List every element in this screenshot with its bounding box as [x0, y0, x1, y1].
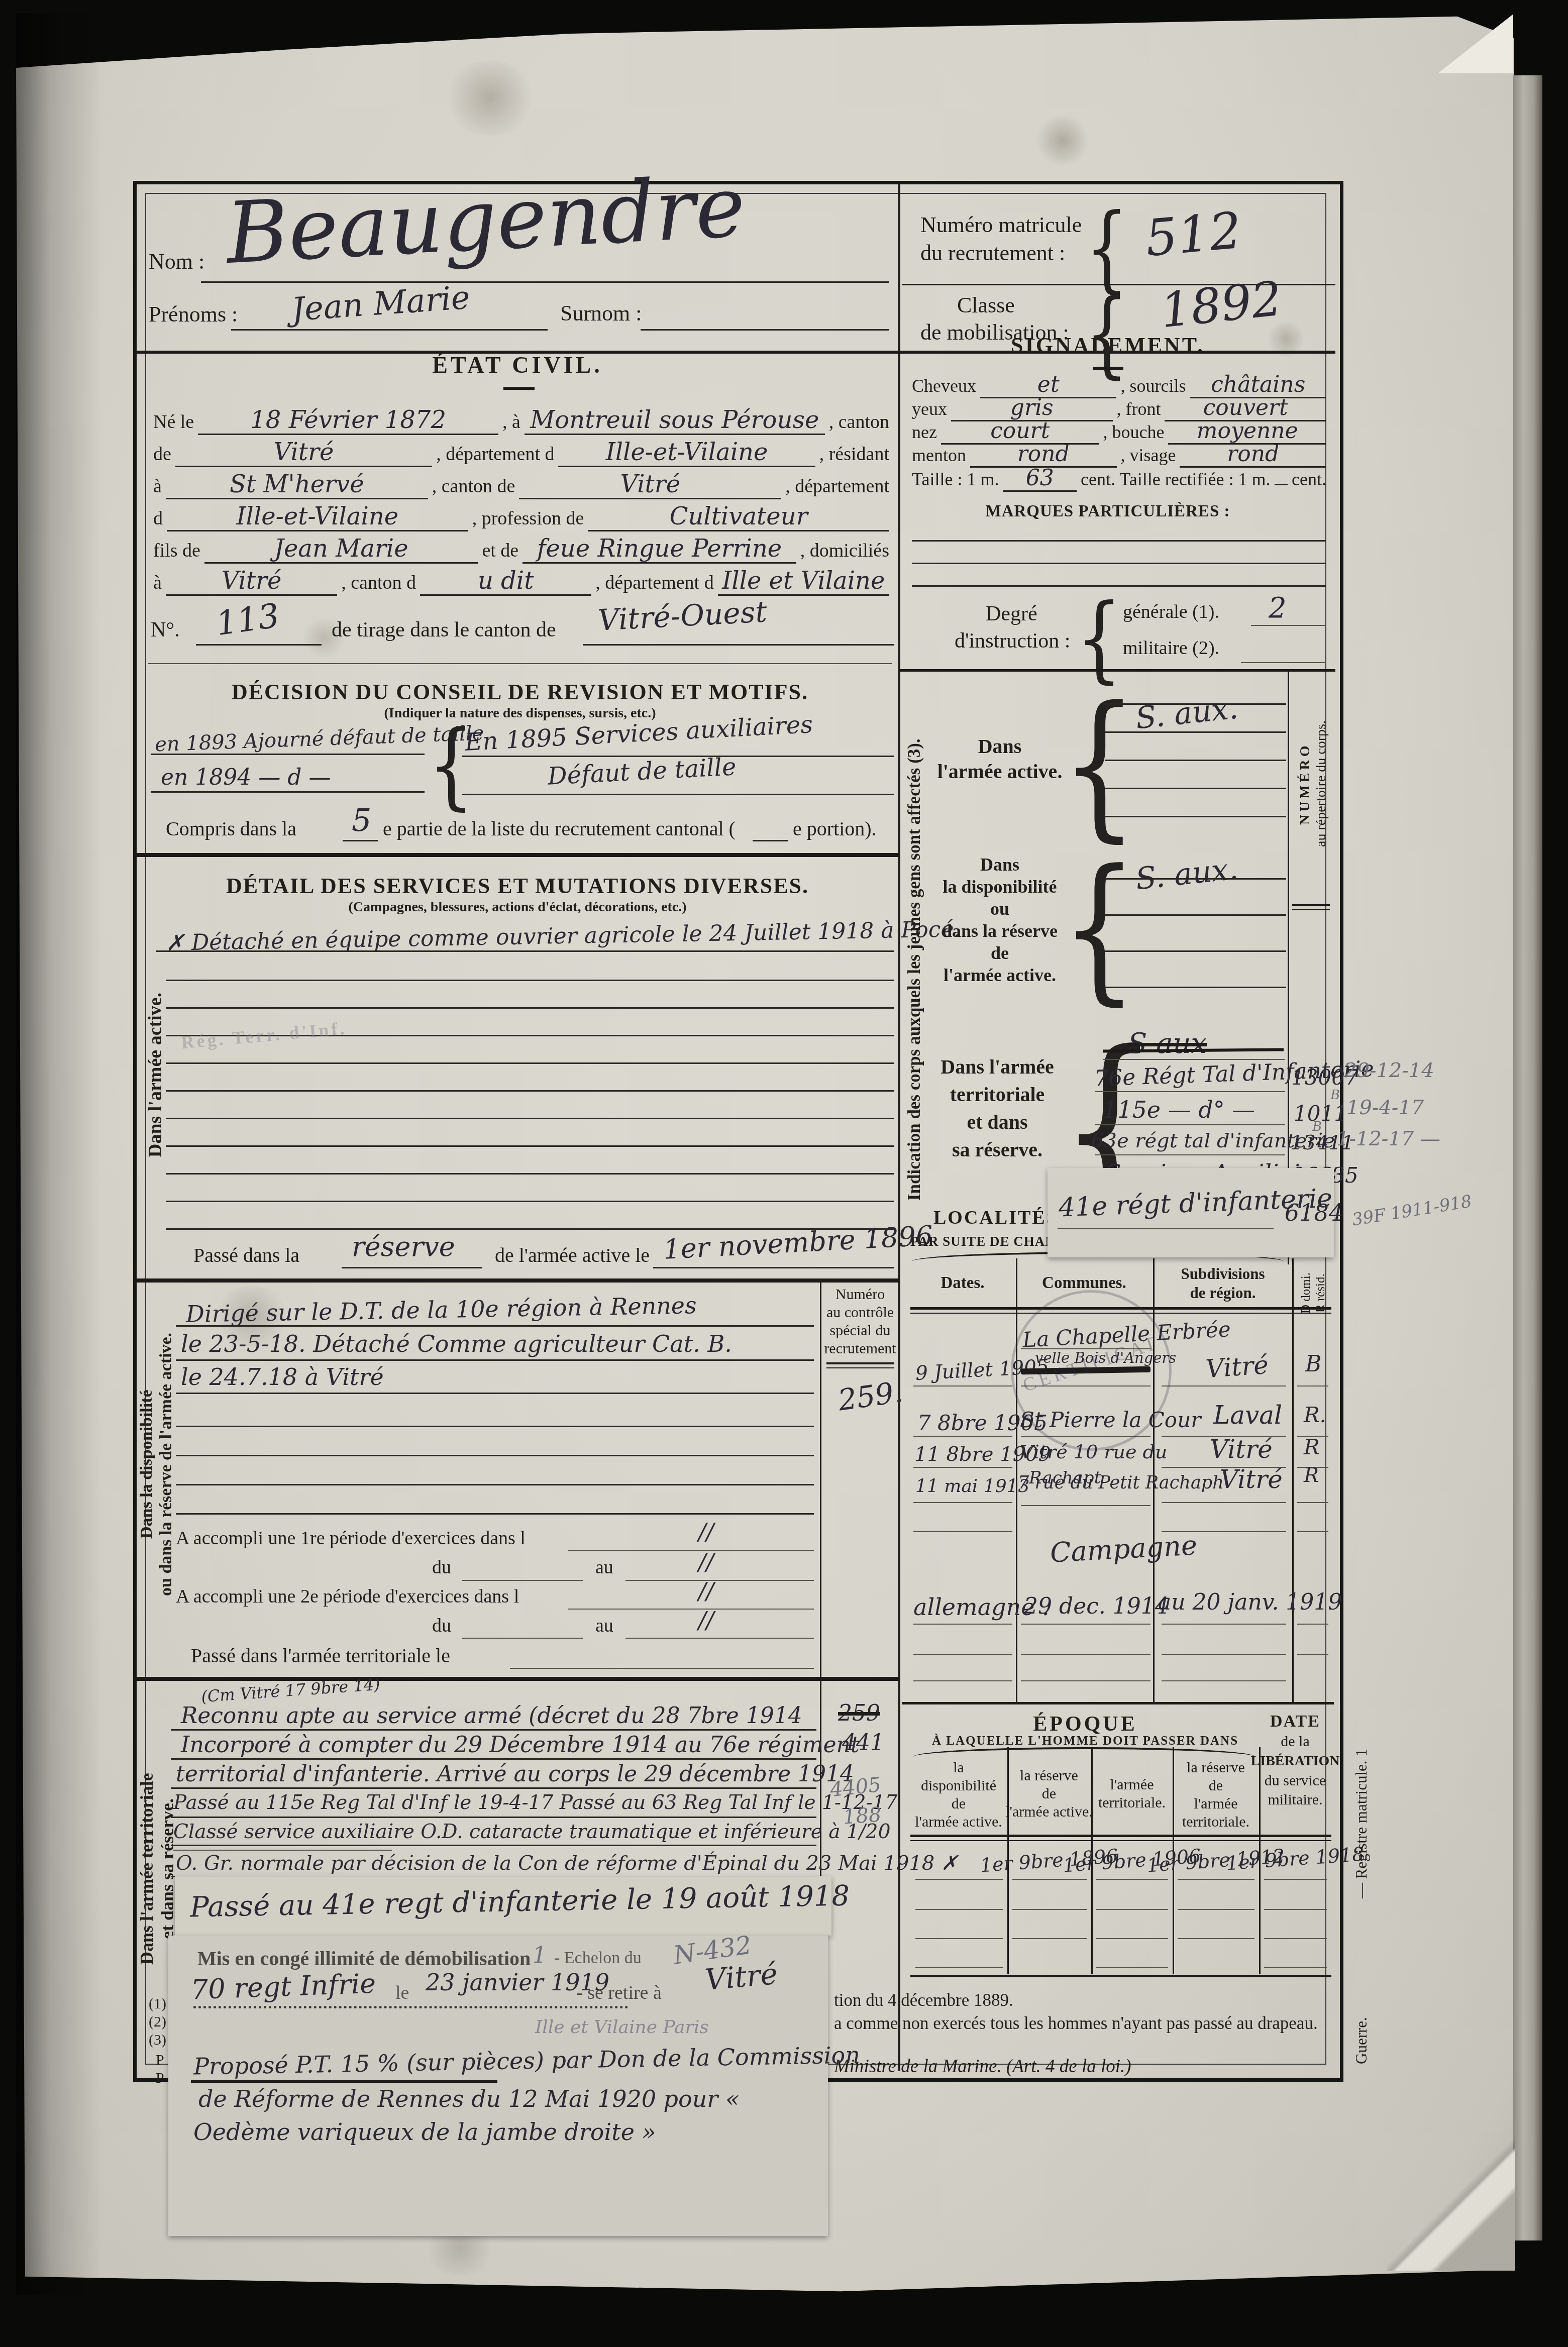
ep-b3-rule-3	[1096, 1967, 1168, 1968]
label: cent. Taille rectifiée : 1 m.	[1081, 469, 1271, 490]
terr-rule-4	[171, 1817, 816, 1818]
localites-row-4-sub: Vitré	[1220, 1465, 1283, 1494]
corps-row-0: S aux	[1128, 1027, 1207, 1060]
header-line: au répertoire du corps.	[1313, 676, 1329, 892]
camp2-rule-d	[1297, 1654, 1328, 1655]
ep-val-rule-3	[1096, 1879, 1168, 1880]
label: , résidant	[819, 443, 889, 465]
epoque-subtitle: À LAQUELLE L'HOMME DOIT PASSER DANS	[932, 1734, 1238, 1748]
r1-rule-a	[913, 1385, 1012, 1386]
blank-ruled-line	[166, 1090, 894, 1092]
value: Vitré	[175, 439, 432, 467]
demob-echelon-num: 1	[533, 1943, 547, 1968]
label: et de	[482, 540, 518, 562]
label: d	[153, 507, 163, 529]
terr-hw-2: Incorporé à compter du 29 Décembre 1914 …	[181, 1732, 860, 1758]
terr-rule-2	[171, 1758, 816, 1760]
column-divider	[898, 184, 900, 2071]
dispo-rule-1	[176, 1325, 814, 1327]
etat-civil-line-2: deVitré, département dIlle-et-Vilaine, r…	[153, 439, 889, 467]
footer-note-2: a comme non exercés tous les hommes n'ay…	[834, 2013, 1318, 2034]
etat-civil-dash	[503, 387, 535, 390]
dispo-hw-3: le 24.7.18 à Vitré	[181, 1363, 384, 1391]
corps-dispo-label-2: la disponibilité	[943, 876, 1057, 897]
terr-hw-6: O. Gr. normale par décision de la Con de…	[176, 1852, 958, 1875]
side-label-line: Dans l'armée territoriale	[137, 1693, 157, 2045]
demob-printed-label: Mis en congé illimité de démobilisation	[197, 1947, 531, 1970]
pasted-slip-41e-regiment: 41e régt d'infanterie 6184	[1048, 1168, 1334, 1257]
epoque-header-rule-a	[910, 1835, 1331, 1837]
blank-ruled-line	[912, 563, 1326, 564]
numero-double-rule-a	[1292, 904, 1330, 906]
demob-le: le	[395, 1982, 409, 2004]
r4-rule-c	[1162, 1502, 1286, 1503]
corps-terr-label-4: sa réserve.	[952, 1138, 1042, 1161]
controle-rule-b	[826, 1367, 894, 1368]
corps-dispo-label-3: ou	[990, 898, 1009, 919]
corps-row-2-sup: B	[1330, 1088, 1340, 1103]
marques-label: MARQUES PARTICULIÈRES :	[986, 502, 1230, 521]
passe-reserve-rule-1	[342, 1267, 482, 1268]
r1-rule-c	[1162, 1385, 1286, 1386]
matricule-value: 512	[1143, 201, 1243, 268]
epoque-c1-2: disponibilité	[921, 1777, 996, 1794]
epoque-header-rule-b	[910, 1840, 1331, 1841]
header-line: R résid.	[1314, 1262, 1328, 1325]
blank-ruled-line	[1105, 878, 1286, 880]
detail-hw-rule	[156, 950, 894, 952]
corps-active-label-2: l'armée active.	[937, 760, 1063, 783]
localites-bottom-rule	[902, 1702, 1334, 1704]
campagne-fin: au 20 janv. 1919	[1158, 1589, 1342, 1615]
side-label-indication-corps: Indication des corps auxquels les jeunes…	[904, 698, 924, 1241]
blank-ruled-line	[176, 1513, 814, 1515]
passe-reserve-rule-2	[653, 1267, 894, 1268]
terr-double-underline	[173, 1850, 392, 1851]
label: yeux	[912, 398, 947, 419]
value: Ille-et-Vilaine	[558, 439, 815, 467]
r4-rule-a	[913, 1502, 1012, 1503]
ep-val-rule-4	[1178, 1879, 1255, 1880]
epoque-c3-1: l'armée	[1110, 1776, 1154, 1793]
militaire-rule	[1241, 662, 1326, 663]
empty-rule-a	[913, 1531, 1012, 1532]
margin-registre-matricule: — Registre matricule. 1	[1352, 1673, 1371, 1974]
dispo-rule-2	[176, 1359, 814, 1361]
ep-b3-rule-5	[1264, 1967, 1327, 1968]
value: u dit	[420, 568, 591, 596]
corps-row-2-name: 115e — d° —	[1103, 1096, 1255, 1123]
terr-hw-1: Reconnu apte au service armé (décret du …	[181, 1703, 802, 1729]
camp-rule-d	[1297, 1624, 1328, 1625]
stamp-text: CERTIFICAT	[1020, 1331, 1163, 1396]
scanned-register-page: Nom : Beaugendre Prénoms : Jean Marie Su…	[0, 0, 1568, 2347]
corps-dispo-label-1: Dans	[980, 854, 1019, 875]
label: , domiciliés	[800, 540, 889, 562]
epoque-bottom-rule	[910, 1975, 1331, 1977]
controle-label-2: au contrôle	[826, 1304, 894, 1321]
tirage-label: de tirage dans le canton de	[332, 618, 556, 642]
pension-line-3: Oedème variqueux de la jambe droite »	[193, 2118, 656, 2146]
surnom-label: Surnom :	[560, 300, 642, 326]
passe-reserve-label-1: Passé dans la	[193, 1243, 299, 1267]
blank-ruled-line	[1105, 950, 1286, 952]
numero-repertoire-header: NUMÉRO au répertoire du corps.	[1297, 676, 1329, 892]
ep-val-rule-5	[1264, 1879, 1327, 1880]
localites-row-2-dr: R.	[1304, 1403, 1326, 1427]
blank-ruled-line	[1105, 731, 1286, 733]
ep-b1-rule-4	[1178, 1909, 1255, 1910]
epoque-date-head-2: de la	[1281, 1733, 1309, 1750]
terr-hw-3: territorial d'infanterie. Arrivé au corp…	[176, 1761, 854, 1787]
etat-civil-line-5: fils deJean Marieet defeue Ringue Perrin…	[153, 536, 889, 564]
corps-dispo-lines	[1105, 878, 1286, 1004]
compris-label-1: Compris dans la	[166, 817, 296, 840]
blank-ruled-line	[912, 540, 1326, 542]
label: de	[153, 443, 171, 465]
label: Taille : 1 m.	[912, 469, 999, 490]
label: fils de	[153, 540, 200, 562]
corps-active-lines	[1105, 703, 1286, 844]
blank-ruled-line	[166, 1062, 894, 1064]
signalement-title: SIGNALEMENT.	[1011, 333, 1205, 358]
ep-b2-rule-3	[1096, 1938, 1168, 1939]
demob-regiment: 70 regt Infrie	[190, 1968, 376, 2006]
epoque-c1-3: de	[952, 1795, 966, 1812]
etat-civil-line-3: àSt M'hervé, canton deVitré, département	[153, 471, 889, 499]
degre-label-2: d'instruction :	[955, 629, 1070, 653]
pasted-slip-demobilisation: Mis en congé illimité de démobilisation …	[168, 1936, 828, 2236]
blank-ruled-line	[166, 1145, 894, 1147]
value: Vitré	[166, 568, 337, 596]
decision-hw-3: en 1894 — d —	[161, 765, 331, 790]
camp-rule-a	[913, 1624, 1012, 1625]
blank-ruled-line	[1105, 760, 1286, 761]
terr-rule-3	[171, 1787, 816, 1789]
value: Cultivateur	[588, 503, 889, 531]
dispo-hw-2: le 23-5-18. Détaché Comme agriculteur Ca…	[181, 1330, 732, 1357]
localites-row-2-sub: Laval	[1213, 1401, 1282, 1430]
signalement-row-4: mentonrond, visagerond	[912, 442, 1326, 468]
decision-title: DÉCISION DU CONSEIL DE REVISION ET MOTIF…	[232, 679, 808, 705]
signalement-row-5: Taille : 1 m.63cent. Taille rectifiée : …	[912, 466, 1326, 492]
corps-row-3-date: 1-12-17 —	[1336, 1127, 1440, 1150]
label: Cheveux	[912, 375, 976, 396]
label: , bouche	[1103, 421, 1165, 443]
label: , canton	[829, 411, 889, 433]
decision-rule-4	[462, 794, 894, 795]
periode2-au: au	[595, 1615, 613, 1637]
epoque-c4-1: la réserve	[1187, 1759, 1245, 1776]
ep-b1-rule-5	[1264, 1909, 1327, 1910]
epoque-c1-4: l'armée active.	[915, 1813, 1002, 1831]
ep-b2-rule-2	[1012, 1938, 1087, 1939]
prenoms-label: Prénoms :	[149, 301, 238, 327]
periode1-au: au	[595, 1556, 613, 1578]
camp3-rule-c	[1162, 1680, 1286, 1681]
terr-rule-5	[171, 1845, 816, 1846]
periode2-au-rule	[625, 1638, 814, 1639]
footnote-5: P	[156, 2070, 164, 2087]
localites-row-3-dr: R	[1304, 1435, 1320, 1459]
camp-rule-c	[1162, 1624, 1286, 1625]
demob-echelon-label: - Echelon du	[554, 1949, 642, 1968]
page-corner-fold	[1387, 2141, 1515, 2271]
tirage-no-label: N°.	[151, 618, 180, 642]
compris-label-3: e portion).	[793, 817, 877, 840]
nom-label: Nom :	[149, 249, 204, 274]
blank-ruled-line	[176, 1484, 814, 1485]
corps-active-label-1: Dans	[978, 734, 1022, 758]
epoque-c3-2: territoriale.	[1098, 1794, 1166, 1811]
blank-ruled-line	[1105, 987, 1286, 988]
ep-b1-rule-2	[1012, 1909, 1087, 1910]
label: menton	[912, 445, 966, 466]
blank-ruled-line	[166, 1201, 894, 1202]
value: Montreuil sous Pérouse	[525, 407, 825, 435]
demob-departement: Ille et Vilaine Paris	[535, 2017, 709, 2038]
ep-b1-rule-1	[915, 1909, 1003, 1910]
margin-text: — Registre matricule. 1	[1352, 1673, 1371, 1974]
label: , à	[502, 411, 520, 433]
detail-blank-lines	[166, 980, 894, 1261]
compris-value: 5	[352, 802, 371, 838]
periode2-du: du	[432, 1615, 451, 1637]
periode1-rule	[568, 1550, 814, 1551]
camp2-rule-b	[1021, 1654, 1151, 1655]
label: , canton d	[341, 572, 416, 594]
periode2-ditto: //	[698, 1577, 714, 1605]
value: Ille-et-Vilaine	[167, 503, 468, 531]
surnom-rule	[641, 329, 889, 331]
localites-header-sub-2: de région.	[1190, 1284, 1256, 1302]
ep-val-rule-1	[915, 1879, 1003, 1880]
label: à	[153, 572, 162, 594]
label: , département d	[436, 443, 554, 465]
passe-territoriale-label: Passé dans l'armée territoriale le	[191, 1644, 450, 1667]
epoque-c2-3: l'armée active.	[1005, 1803, 1093, 1821]
tirage-rule-1	[196, 644, 322, 646]
etat-civil-title: ÉTAT CIVIL.	[432, 352, 603, 378]
localites-header-dates: Dates.	[940, 1274, 984, 1293]
corps-terr-label-1: Dans l'armée	[940, 1055, 1054, 1079]
ep-val-rule-2	[1012, 1879, 1087, 1880]
passe-territoriale-rule	[510, 1668, 814, 1669]
ep-b3-rule-1	[915, 1967, 1003, 1968]
pension-line-1: Proposé P.T. 15 % (sur pièces) par Don d…	[193, 2041, 861, 2080]
value: St M'hervé	[166, 471, 428, 499]
demob-se-retire: - se retire à	[576, 1982, 662, 2004]
margin-guerre: Guerre.	[1352, 2000, 1371, 2081]
corps-dispo-label-5: de	[991, 942, 1009, 964]
localites-row-1-dr: B	[1305, 1351, 1321, 1377]
blank-ruled-line	[1105, 703, 1286, 705]
section-divider-3	[134, 1677, 899, 1681]
ep-b2-rule-4	[1178, 1938, 1255, 1939]
blank-ruled-line	[176, 1426, 814, 1427]
epoque-c1-1: la	[953, 1759, 964, 1776]
blank-ruled-line	[1105, 788, 1286, 789]
compris-rule-1	[343, 840, 378, 841]
compris-rule-2	[753, 840, 788, 841]
corps-row-1-rule	[1095, 1091, 1285, 1092]
r2-rule-a	[913, 1436, 1012, 1437]
side-label-armee-active: Dans l'armée active.	[145, 889, 167, 1261]
controle-rule-a	[826, 1362, 894, 1364]
localites-row-4-date: 11 mai 1913	[915, 1476, 1029, 1497]
tirage-rule-2	[583, 644, 894, 646]
blank-rule	[148, 663, 892, 664]
ep-b2-rule-5	[1264, 1938, 1327, 1939]
generale-label: générale (1).	[1123, 601, 1219, 623]
r4-rule-d	[1297, 1502, 1328, 1503]
side-label-disponibilite: Dans la disponibilité ou dans la réserve…	[137, 1301, 176, 1628]
corps-row-2-rule	[1095, 1124, 1285, 1125]
localites-header-sub-1: Subdivisions	[1181, 1265, 1265, 1283]
classe-label-1: Classe	[957, 292, 1015, 318]
terr-hw-4: Passé au 115e Reg Tal d'Inf le 19-4-17 P…	[173, 1791, 897, 1814]
footer-note-1: tion du 4 décembre 1889.	[834, 1990, 1013, 2010]
decision-rule-2	[462, 756, 894, 757]
label: , département	[785, 475, 889, 497]
epoque-date-head-1: DATE	[1270, 1712, 1320, 1731]
pasted-slip-passe-41e: Passé au 41e regt d'infanterie le 19 aoû…	[175, 1876, 831, 1936]
passe-reserve-value-1: réserve	[352, 1231, 455, 1262]
blank-ruled-line	[166, 1118, 894, 1119]
value: 18 Février 1872	[198, 407, 498, 435]
generale-rule	[1251, 625, 1326, 626]
label: cent.	[1292, 469, 1326, 490]
periode1-ditto-2: //	[698, 1548, 714, 1575]
matricule-label-2: du recrutement :	[920, 240, 1065, 266]
controle-label-4: recrutement	[824, 1340, 896, 1357]
numero-double-rule-b	[1292, 909, 1330, 910]
camp3-rule-b	[1021, 1680, 1151, 1681]
ep-b1-rule-3	[1096, 1909, 1168, 1910]
blank-ruled-line	[166, 1007, 894, 1009]
label: , département d	[595, 572, 713, 594]
slip-41e-rule	[1058, 1228, 1274, 1229]
etat-civil-line-6: àVitré, canton du dit, département dIlle…	[153, 568, 889, 596]
localites-row-1-sub: Vitré	[1205, 1350, 1270, 1384]
detail-title: DÉTAIL DES SERVICES ET MUTATIONS DIVERSE…	[226, 873, 809, 899]
periode2-du-rule	[462, 1638, 583, 1639]
decision-rule-1	[151, 754, 425, 755]
periode2-rule	[568, 1609, 814, 1610]
header-line: NUMÉRO	[1297, 676, 1313, 892]
pension-underline	[191, 2080, 497, 2083]
corps-dispo-label-6: l'armée active.	[944, 965, 1056, 986]
epoque-c2-1: la réserve	[1020, 1767, 1078, 1784]
value-empty	[1275, 484, 1288, 485]
corps-terr-label-3: et dans	[967, 1110, 1027, 1134]
epoque-c2-2: de	[1042, 1785, 1056, 1802]
controle-label-3: spécial du	[830, 1322, 891, 1339]
corps-row-3-sup: B	[1312, 1119, 1322, 1134]
militaire-label: militaire (2).	[1123, 637, 1219, 659]
r1-rule-d	[1297, 1385, 1328, 1386]
localites-col-line-3	[1292, 1258, 1294, 1702]
degre-label-1: Degré	[986, 602, 1037, 626]
corps-row-1-date: 29-12-14	[1344, 1059, 1434, 1082]
compris-label-2: e partie de la liste du recrutement cant…	[383, 817, 736, 840]
label: , profession de	[472, 507, 584, 529]
periode2-label: A accompli une 2e période d'exercices da…	[176, 1585, 519, 1608]
periode1-ditto: //	[698, 1518, 714, 1545]
periode2-ditto-2: //	[698, 1607, 714, 1634]
localites-row-3-sub: Vitré	[1210, 1435, 1273, 1464]
corps-row-2-date: 19-4-17	[1346, 1096, 1424, 1119]
localites-row-4-commune: 7 rue du Petit Rachaph	[1018, 1473, 1224, 1493]
side-label-text: Indication des corps auxquels les jeunes…	[904, 698, 924, 1241]
periode1-au-rule	[625, 1580, 814, 1581]
demob-dotted-rule	[193, 2006, 628, 2008]
generale-value: 2	[1269, 592, 1287, 624]
etat-civil-line-4: dIlle-et-Vilaine, profession deCultivate…	[153, 503, 889, 531]
camp2-rule-a	[913, 1654, 1012, 1655]
terr-rule-1	[171, 1729, 816, 1731]
signalement-dash	[1093, 367, 1123, 370]
corps-row-3-rule	[1095, 1154, 1285, 1155]
epoque-date-head-4: du service	[1265, 1772, 1326, 1789]
slip-41e-num: 6184	[1285, 1199, 1343, 1226]
section-divider-2	[134, 1278, 899, 1283]
epoque-title: ÉPOQUE	[1033, 1712, 1137, 1736]
localites-title: LOCALITÉS	[933, 1207, 1059, 1229]
corps-terr-label-2: territoriale	[950, 1083, 1045, 1106]
blank-ruled-line	[1105, 816, 1286, 817]
detail-subtitle: (Campagnes, blessures, actions d'éclat, …	[349, 899, 687, 915]
slip-passe-41e-text: Passé au 41e regt d'infanterie le 19 aoû…	[190, 1880, 850, 1924]
terr-hw-5: Classé service auxiliaire O.D. cataracte…	[173, 1821, 890, 1843]
campagne-debut: 29 dec. 1914	[1024, 1593, 1169, 1619]
footer-note-3: Ministre de la Marine. (Art. 4 de la loi…	[834, 2056, 1131, 2077]
label: , sourcils	[1120, 375, 1186, 396]
blank-ruled-line	[176, 1455, 814, 1456]
side-label-line: Dans la disponibilité	[137, 1301, 156, 1628]
book-page-stack-edge	[1513, 75, 1542, 2241]
etat-civil-line-1: Né le18 Février 1872, àMontreuil sous Pé…	[153, 407, 889, 435]
side-label-text: Dans l'armée active.	[145, 889, 167, 1261]
periode1-du-rule	[462, 1580, 583, 1581]
decision-subtitle: (Indiquer la nature des dispenses, sursi…	[384, 705, 656, 721]
empty-rule-d	[1297, 1531, 1328, 1532]
localites-header-dr: D domi. R résid.	[1299, 1262, 1328, 1325]
label: , front	[1117, 398, 1161, 419]
dispo-rule-3	[176, 1393, 814, 1394]
label: , canton de	[432, 475, 515, 497]
nom-rule	[201, 281, 889, 283]
epoque-c4-4: territoriale.	[1182, 1813, 1249, 1831]
section-divider-1	[134, 853, 899, 857]
epoque-date-head-5: militaire.	[1268, 1791, 1322, 1808]
prenoms-rule	[231, 329, 548, 331]
value: rond	[970, 442, 1117, 468]
blank-ruled-line	[166, 980, 894, 981]
value: Ille et Vilaine	[718, 568, 889, 596]
camp3-rule-a	[913, 1680, 1012, 1681]
ep-b2-rule-1	[915, 1938, 1003, 1939]
matricule-label-1: Numéro matricule	[920, 212, 1082, 238]
terr-margin-1: 259	[838, 1700, 880, 1726]
localites-header-communes: Communes.	[1042, 1274, 1126, 1293]
passe-reserve-label-2: de l'armée active le	[495, 1243, 650, 1267]
signalement-bottom-rule	[900, 669, 1335, 672]
periode1-label: A accompli une 1re période d'exercices d…	[176, 1527, 526, 1549]
camp-rule-b	[1021, 1624, 1151, 1625]
camp2-rule-c	[1162, 1654, 1286, 1655]
blank-ruled-line	[1105, 914, 1286, 916]
